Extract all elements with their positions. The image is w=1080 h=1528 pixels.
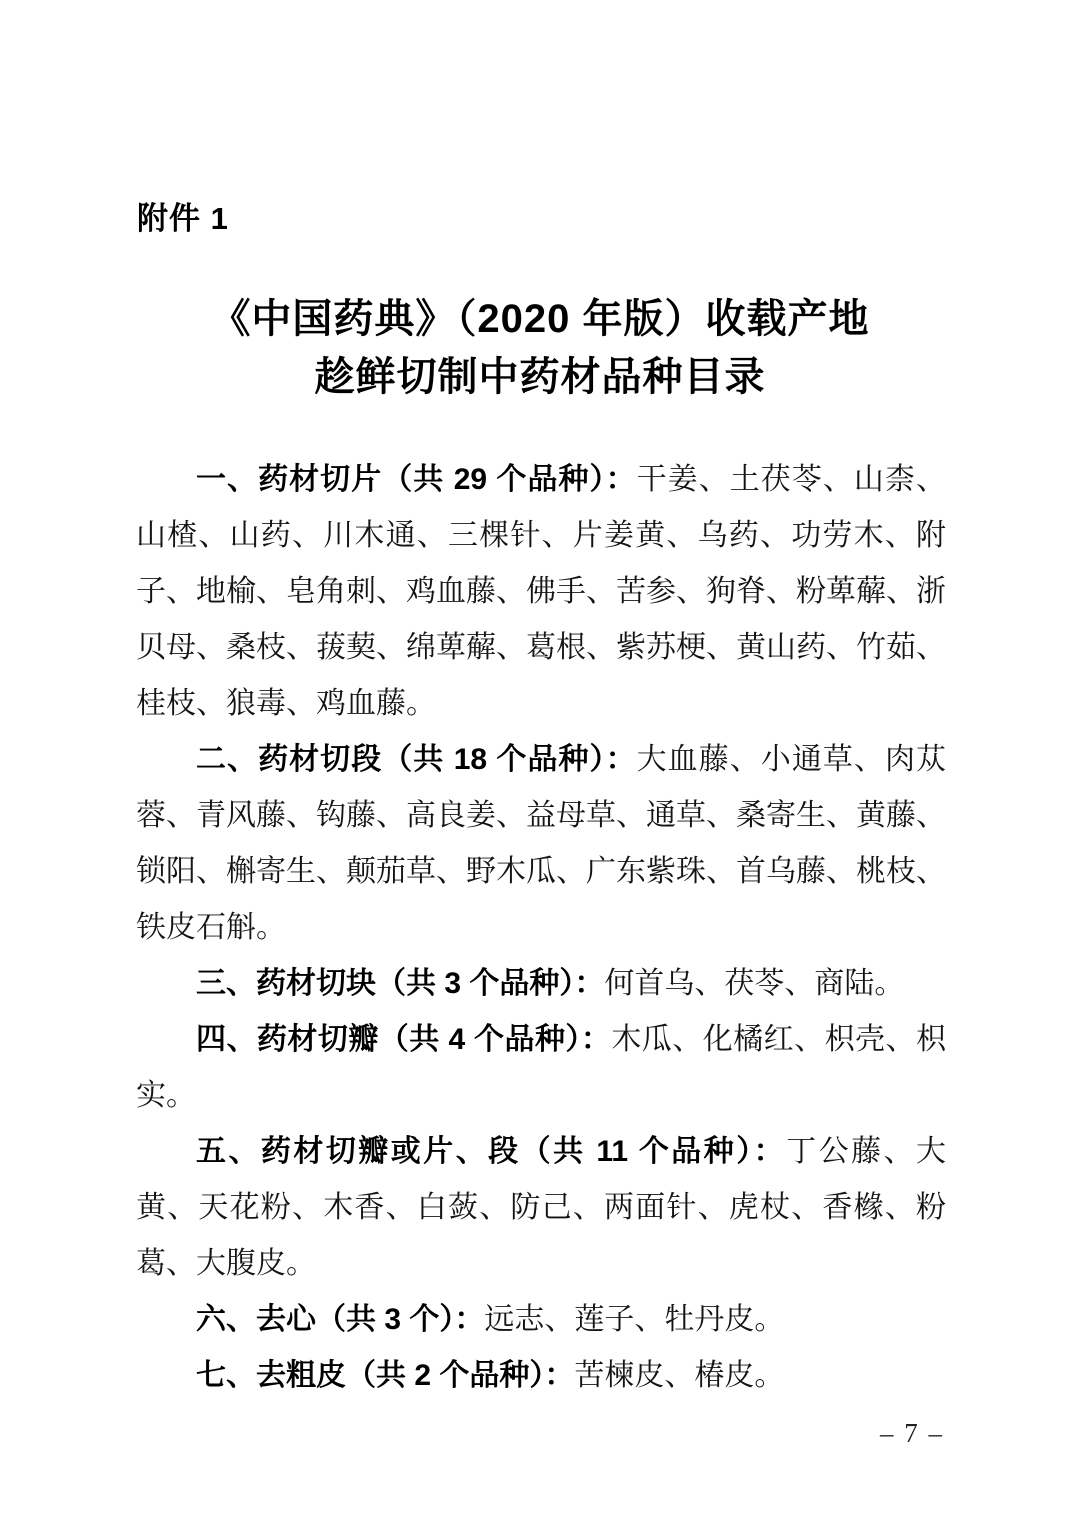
page-number: – 7 – xyxy=(880,1418,944,1449)
title-line-1: 《中国药典》（2020 年版）收载产地 xyxy=(0,290,1080,348)
section-slice-paragraph: 一、药材切片（共 29 个品种）：干姜、土茯苓、山柰、山楂、山药、川木通、三棵针… xyxy=(136,452,946,732)
attachment-label: 附件 1 xyxy=(137,193,229,238)
section-block-paragraph: 三、药材切块（共 3 个品种）：何首乌、茯苓、商陆。 xyxy=(136,956,946,1012)
section-segment-paragraph: 二、药材切段（共 18 个品种）：大血藤、小通草、肉苁蓉、青风藤、钩藤、高良姜、… xyxy=(136,732,946,956)
section-valve-paragraph: 四、药材切瓣（共 4 个品种）：木瓜、化橘红、枳壳、枳实。 xyxy=(136,1012,946,1124)
document-page: 附件 1 《中国药典》（2020 年版）收载产地 趁鲜切制中药材品种目录 一、药… xyxy=(0,0,1080,1528)
section-bark-removal-heading: 七、去粗皮（共 2 个品种）： xyxy=(196,1359,574,1392)
section-slice-heading: 一、药材切片（共 29 个品种）： xyxy=(196,463,637,496)
section-core-removal-paragraph: 六、去心（共 3 个）：远志、莲子、牡丹皮。 xyxy=(136,1292,946,1348)
section-segment-heading: 二、药材切段（共 18 个品种）： xyxy=(196,743,637,776)
section-core-removal-heading: 六、去心（共 3 个）： xyxy=(196,1303,484,1336)
section-valve-or-slice-heading: 五、药材切瓣或片、段（共 11 个品种）： xyxy=(196,1135,786,1168)
section-valve-heading: 四、药材切瓣（共 4 个品种）： xyxy=(196,1023,611,1056)
title-line-2: 趁鲜切制中药材品种目录 xyxy=(0,348,1080,406)
section-valve-or-slice-paragraph: 五、药材切瓣或片、段（共 11 个品种）：丁公藤、大黄、天花粉、木香、白蔹、防己… xyxy=(136,1124,946,1292)
section-slice-items: 干姜、土茯苓、山柰、山楂、山药、川木通、三棵针、片姜黄、乌药、功劳木、附子、地榆… xyxy=(136,463,946,720)
section-bark-removal-paragraph: 七、去粗皮（共 2 个品种）：苦楝皮、椿皮。 xyxy=(136,1348,946,1404)
document-title: 《中国药典》（2020 年版）收载产地 趁鲜切制中药材品种目录 xyxy=(0,290,1080,406)
document-body: 一、药材切片（共 29 个品种）：干姜、土茯苓、山柰、山楂、山药、川木通、三棵针… xyxy=(136,452,946,1404)
section-bark-removal-items: 苦楝皮、椿皮。 xyxy=(574,1359,784,1392)
section-block-heading: 三、药材切块（共 3 个品种）： xyxy=(196,967,604,1000)
section-block-items: 何首乌、茯苓、商陆。 xyxy=(604,967,904,1000)
section-core-removal-items: 远志、莲子、牡丹皮。 xyxy=(484,1303,784,1336)
